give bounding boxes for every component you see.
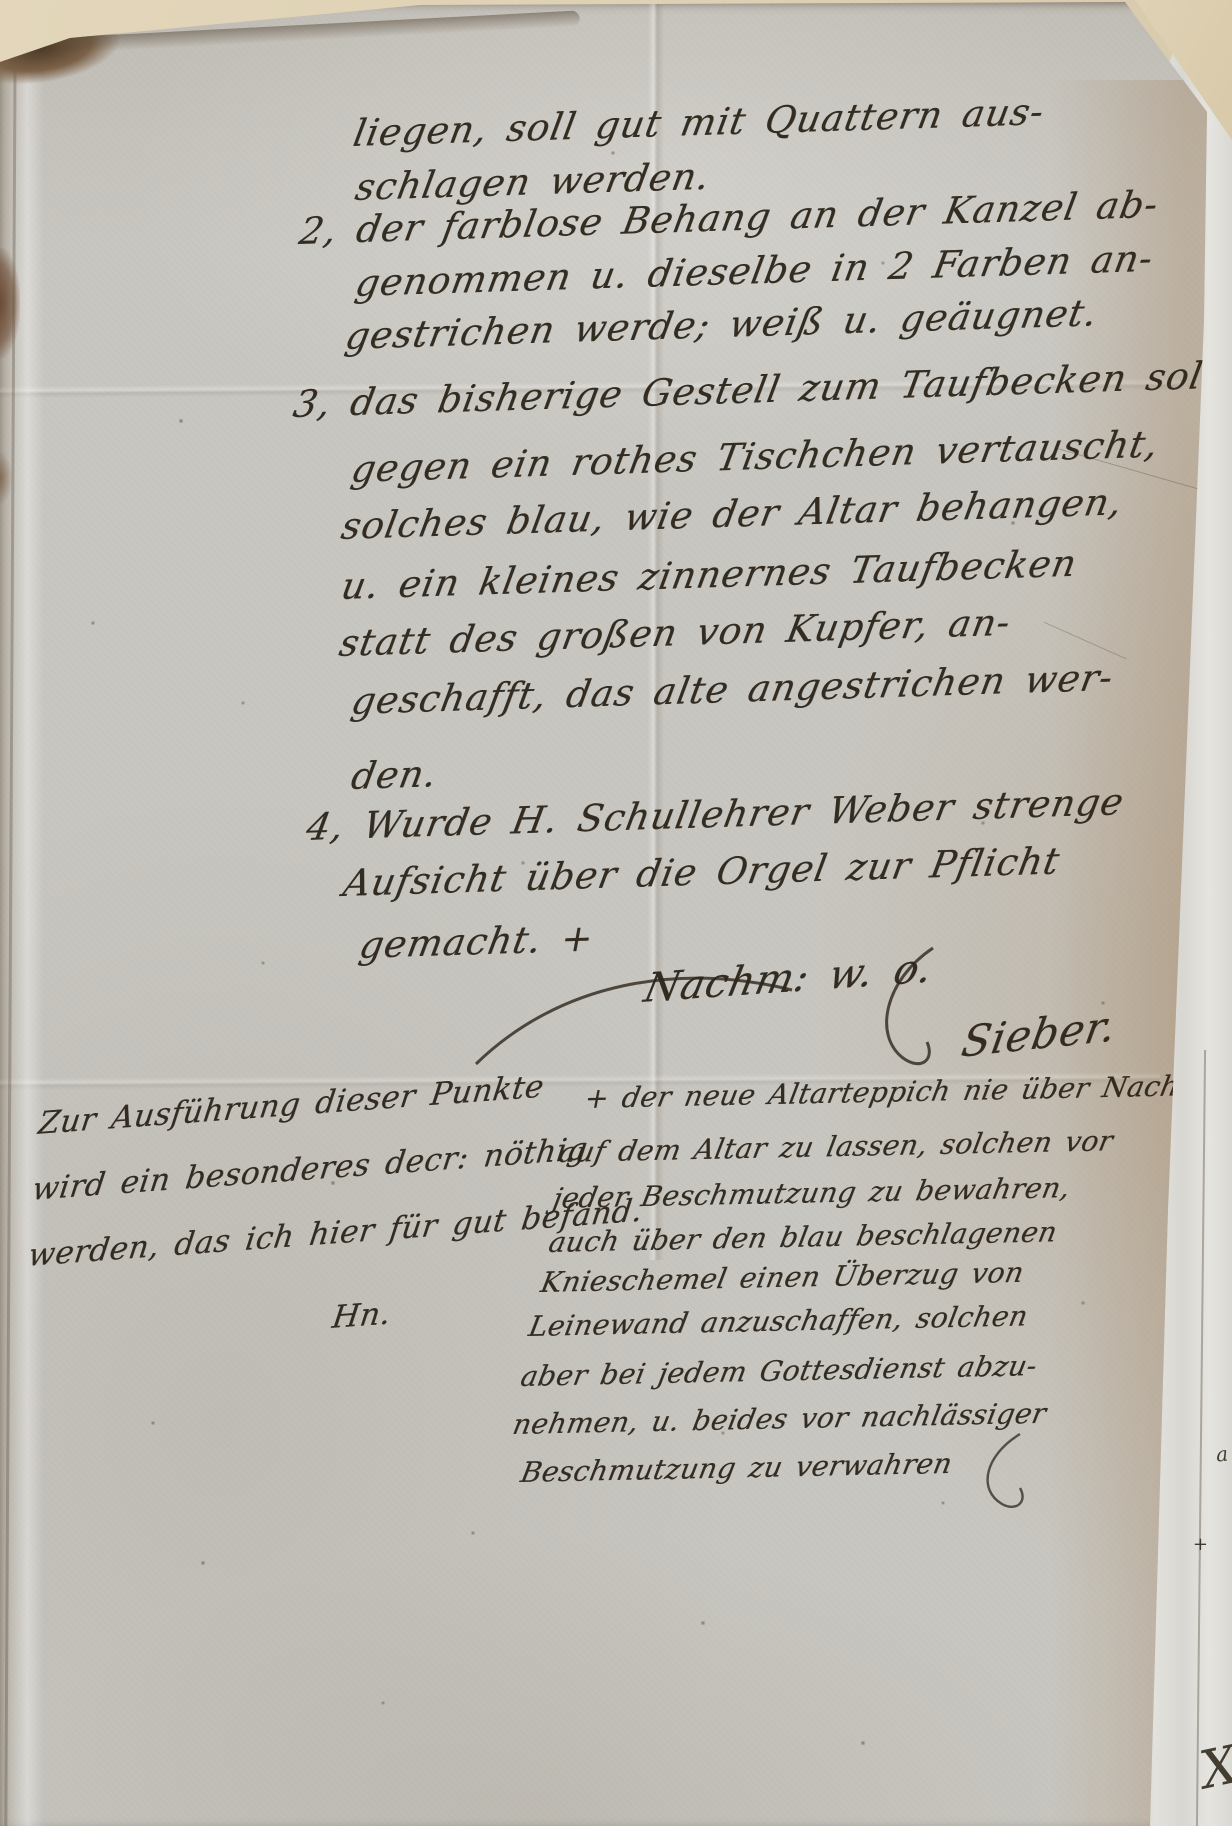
photo-frame: liegen, soll gut mit Quattern aus- schla… bbox=[0, 0, 1232, 1826]
manuscript-line: gemacht. + bbox=[356, 916, 597, 967]
manuscript-page: liegen, soll gut mit Quattern aus- schla… bbox=[0, 0, 1232, 1826]
edge-mark-letter: a bbox=[1215, 1441, 1229, 1466]
worn-edge-spot bbox=[0, 452, 12, 504]
edge-mark-cross: + bbox=[1193, 1534, 1208, 1555]
paper-specks bbox=[0, 0, 2, 2]
margin-note-initials: Hn. bbox=[330, 1295, 393, 1336]
manuscript-line: den. bbox=[348, 752, 441, 798]
worn-edge-spot bbox=[0, 248, 20, 358]
